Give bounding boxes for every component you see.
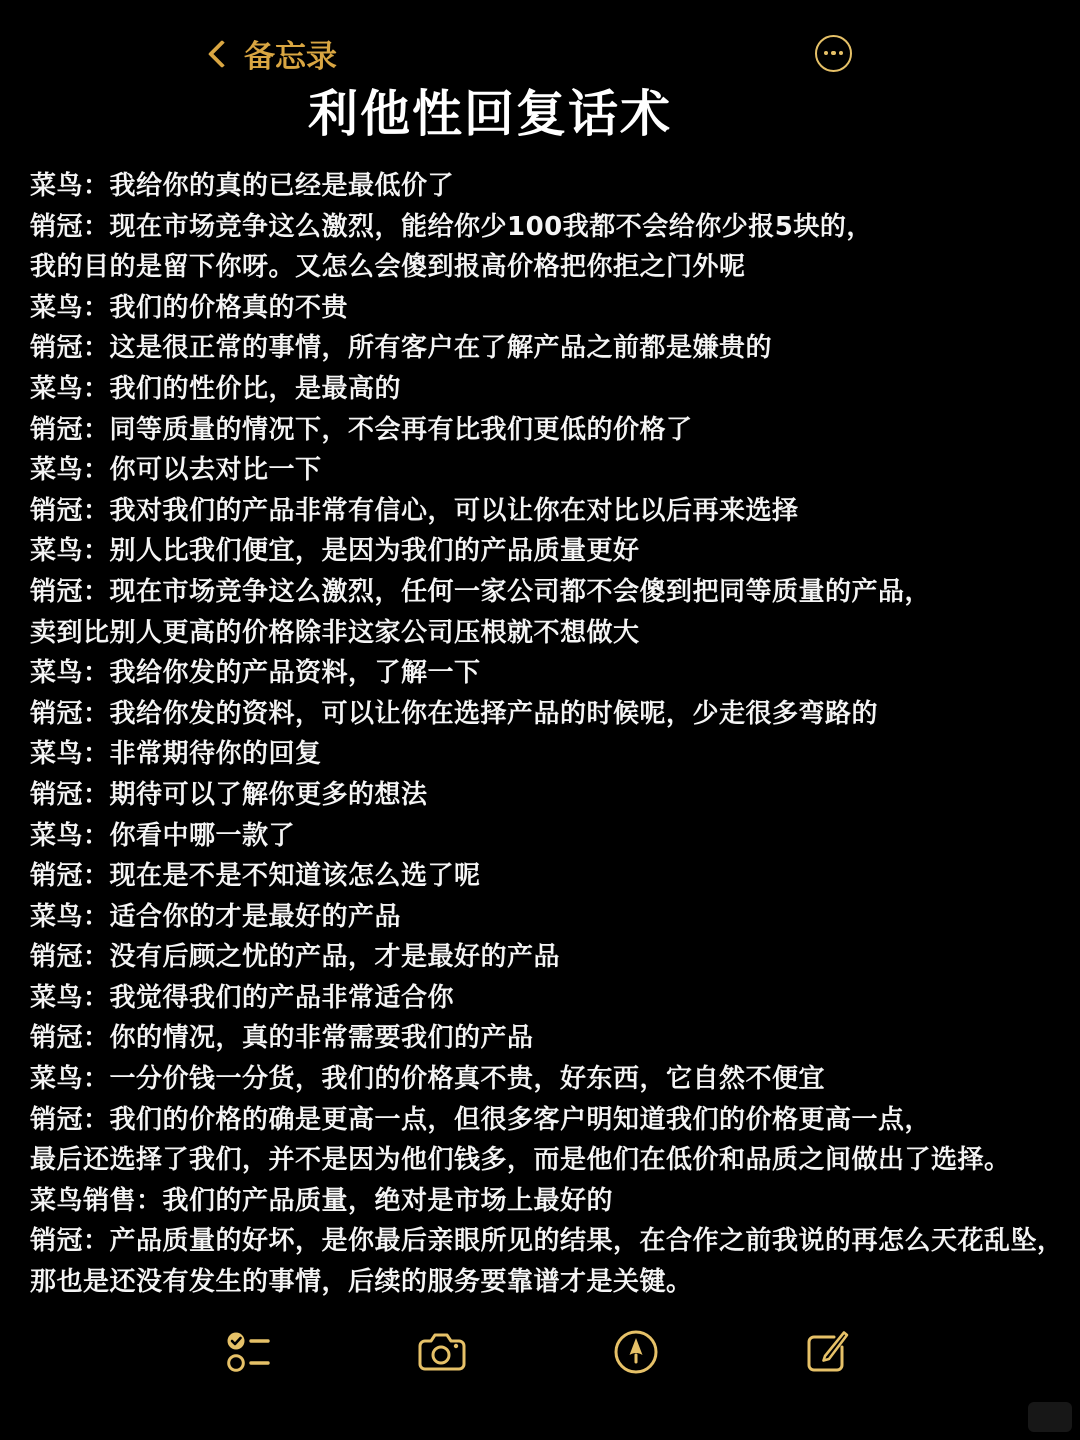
note-line: 菜鸟：非常期待你的回复 xyxy=(30,734,1070,775)
more-options-button[interactable] xyxy=(815,35,852,72)
note-line: 菜鸟：我给你发的产品资料，了解一下 xyxy=(30,653,1070,694)
markup-button[interactable] xyxy=(613,1329,659,1375)
chevron-left-icon xyxy=(208,40,236,68)
note-line: 菜鸟：一分价钱一分货，我们的价格真不贵，好东西，它自然不便宜 xyxy=(30,1059,1070,1100)
ellipsis-dot xyxy=(831,51,836,56)
note-body[interactable]: 菜鸟：我给你的真的已经是最低价了销冠：现在市场竞争这么激烈，能给你少100我都不… xyxy=(30,166,1070,1303)
note-line: 那也是还没有发生的事情，后续的服务要靠谱才是关键。 xyxy=(30,1262,1070,1303)
note-line: 菜鸟：别人比我们便宜，是因为我们的产品质量更好 xyxy=(30,531,1070,572)
back-button-label: 备忘录 xyxy=(244,31,337,76)
notes-app-screen: 备忘录 利他性回复话术 菜鸟：我给你的真的已经是最低价了销冠：现在市场竞争这么激… xyxy=(0,0,1080,1440)
note-line: 销冠：同等质量的情况下，不会再有比我们更低的价格了 xyxy=(30,410,1070,451)
note-line: 最后还选择了我们，并不是因为他们钱多，而是他们在低价和品质之间做出了选择。 xyxy=(30,1140,1070,1181)
note-line: 销冠：我们的价格的确是更高一点，但很多客户明知道我们的价格更高一点， xyxy=(30,1100,1070,1141)
note-line: 销冠：没有后顾之忧的产品，才是最好的产品 xyxy=(30,937,1070,978)
note-line: 菜鸟：你看中哪一款了 xyxy=(30,816,1070,857)
back-button[interactable]: 备忘录 xyxy=(212,31,337,76)
ellipsis-dot xyxy=(839,51,844,56)
compose-icon xyxy=(804,1329,850,1375)
checklist-icon xyxy=(226,1330,272,1374)
ellipsis-circle-icon xyxy=(824,51,829,56)
note-line: 销冠：这是很正常的事情，所有客户在了解产品之前都是嫌贵的 xyxy=(30,328,1070,369)
checklist-button[interactable] xyxy=(226,1330,272,1374)
note-line: 菜鸟销售：我们的产品质量，绝对是市场上最好的 xyxy=(30,1181,1070,1222)
note-line: 销冠：我对我们的产品非常有信心，可以让你在对比以后再来选择 xyxy=(30,491,1070,532)
markup-icon xyxy=(613,1329,659,1375)
camera-button[interactable] xyxy=(417,1330,467,1374)
bottom-toolbar xyxy=(0,1322,1080,1382)
note-line: 菜鸟：我给你的真的已经是最低价了 xyxy=(30,166,1070,207)
note-line: 销冠：我给你发的资料，可以让你在选择产品的时候呢，少走很多弯路的 xyxy=(30,694,1070,735)
note-line: 菜鸟：我们的性价比，是最高的 xyxy=(30,369,1070,410)
nav-bar: 备忘录 xyxy=(0,26,1080,80)
note-line: 销冠：期待可以了解你更多的想法 xyxy=(30,775,1070,816)
note-title: 利他性回复话术 xyxy=(0,74,980,146)
note-line: 销冠：现在市场竞争这么激烈，任何一家公司都不会傻到把同等质量的产品， xyxy=(30,572,1070,613)
note-line: 销冠：你的情况，真的非常需要我们的产品 xyxy=(30,1018,1070,1059)
note-line: 菜鸟：适合你的才是最好的产品 xyxy=(30,897,1070,938)
note-line: 菜鸟：你可以去对比一下 xyxy=(30,450,1070,491)
note-line: 销冠：产品质量的好坏，是你最后亲眼所见的结果，在合作之前我说的再怎么天花乱坠， xyxy=(30,1221,1070,1262)
note-line: 我的目的是留下你呀。又怎么会傻到报高价格把你拒之门外呢 xyxy=(30,247,1070,288)
note-line: 菜鸟：我觉得我们的产品非常适合你 xyxy=(30,978,1070,1019)
compose-button[interactable] xyxy=(804,1329,850,1375)
camera-icon xyxy=(417,1330,467,1374)
watermark-badge xyxy=(1028,1402,1072,1432)
note-line: 销冠：现在市场竞争这么激烈，能给你少100我都不会给你少报5块的， xyxy=(30,207,1070,248)
note-line: 菜鸟：我们的价格真的不贵 xyxy=(30,288,1070,329)
note-line: 卖到比别人更高的价格除非这家公司压根就不想做大 xyxy=(30,613,1070,654)
note-line: 销冠：现在是不是不知道该怎么选了呢 xyxy=(30,856,1070,897)
